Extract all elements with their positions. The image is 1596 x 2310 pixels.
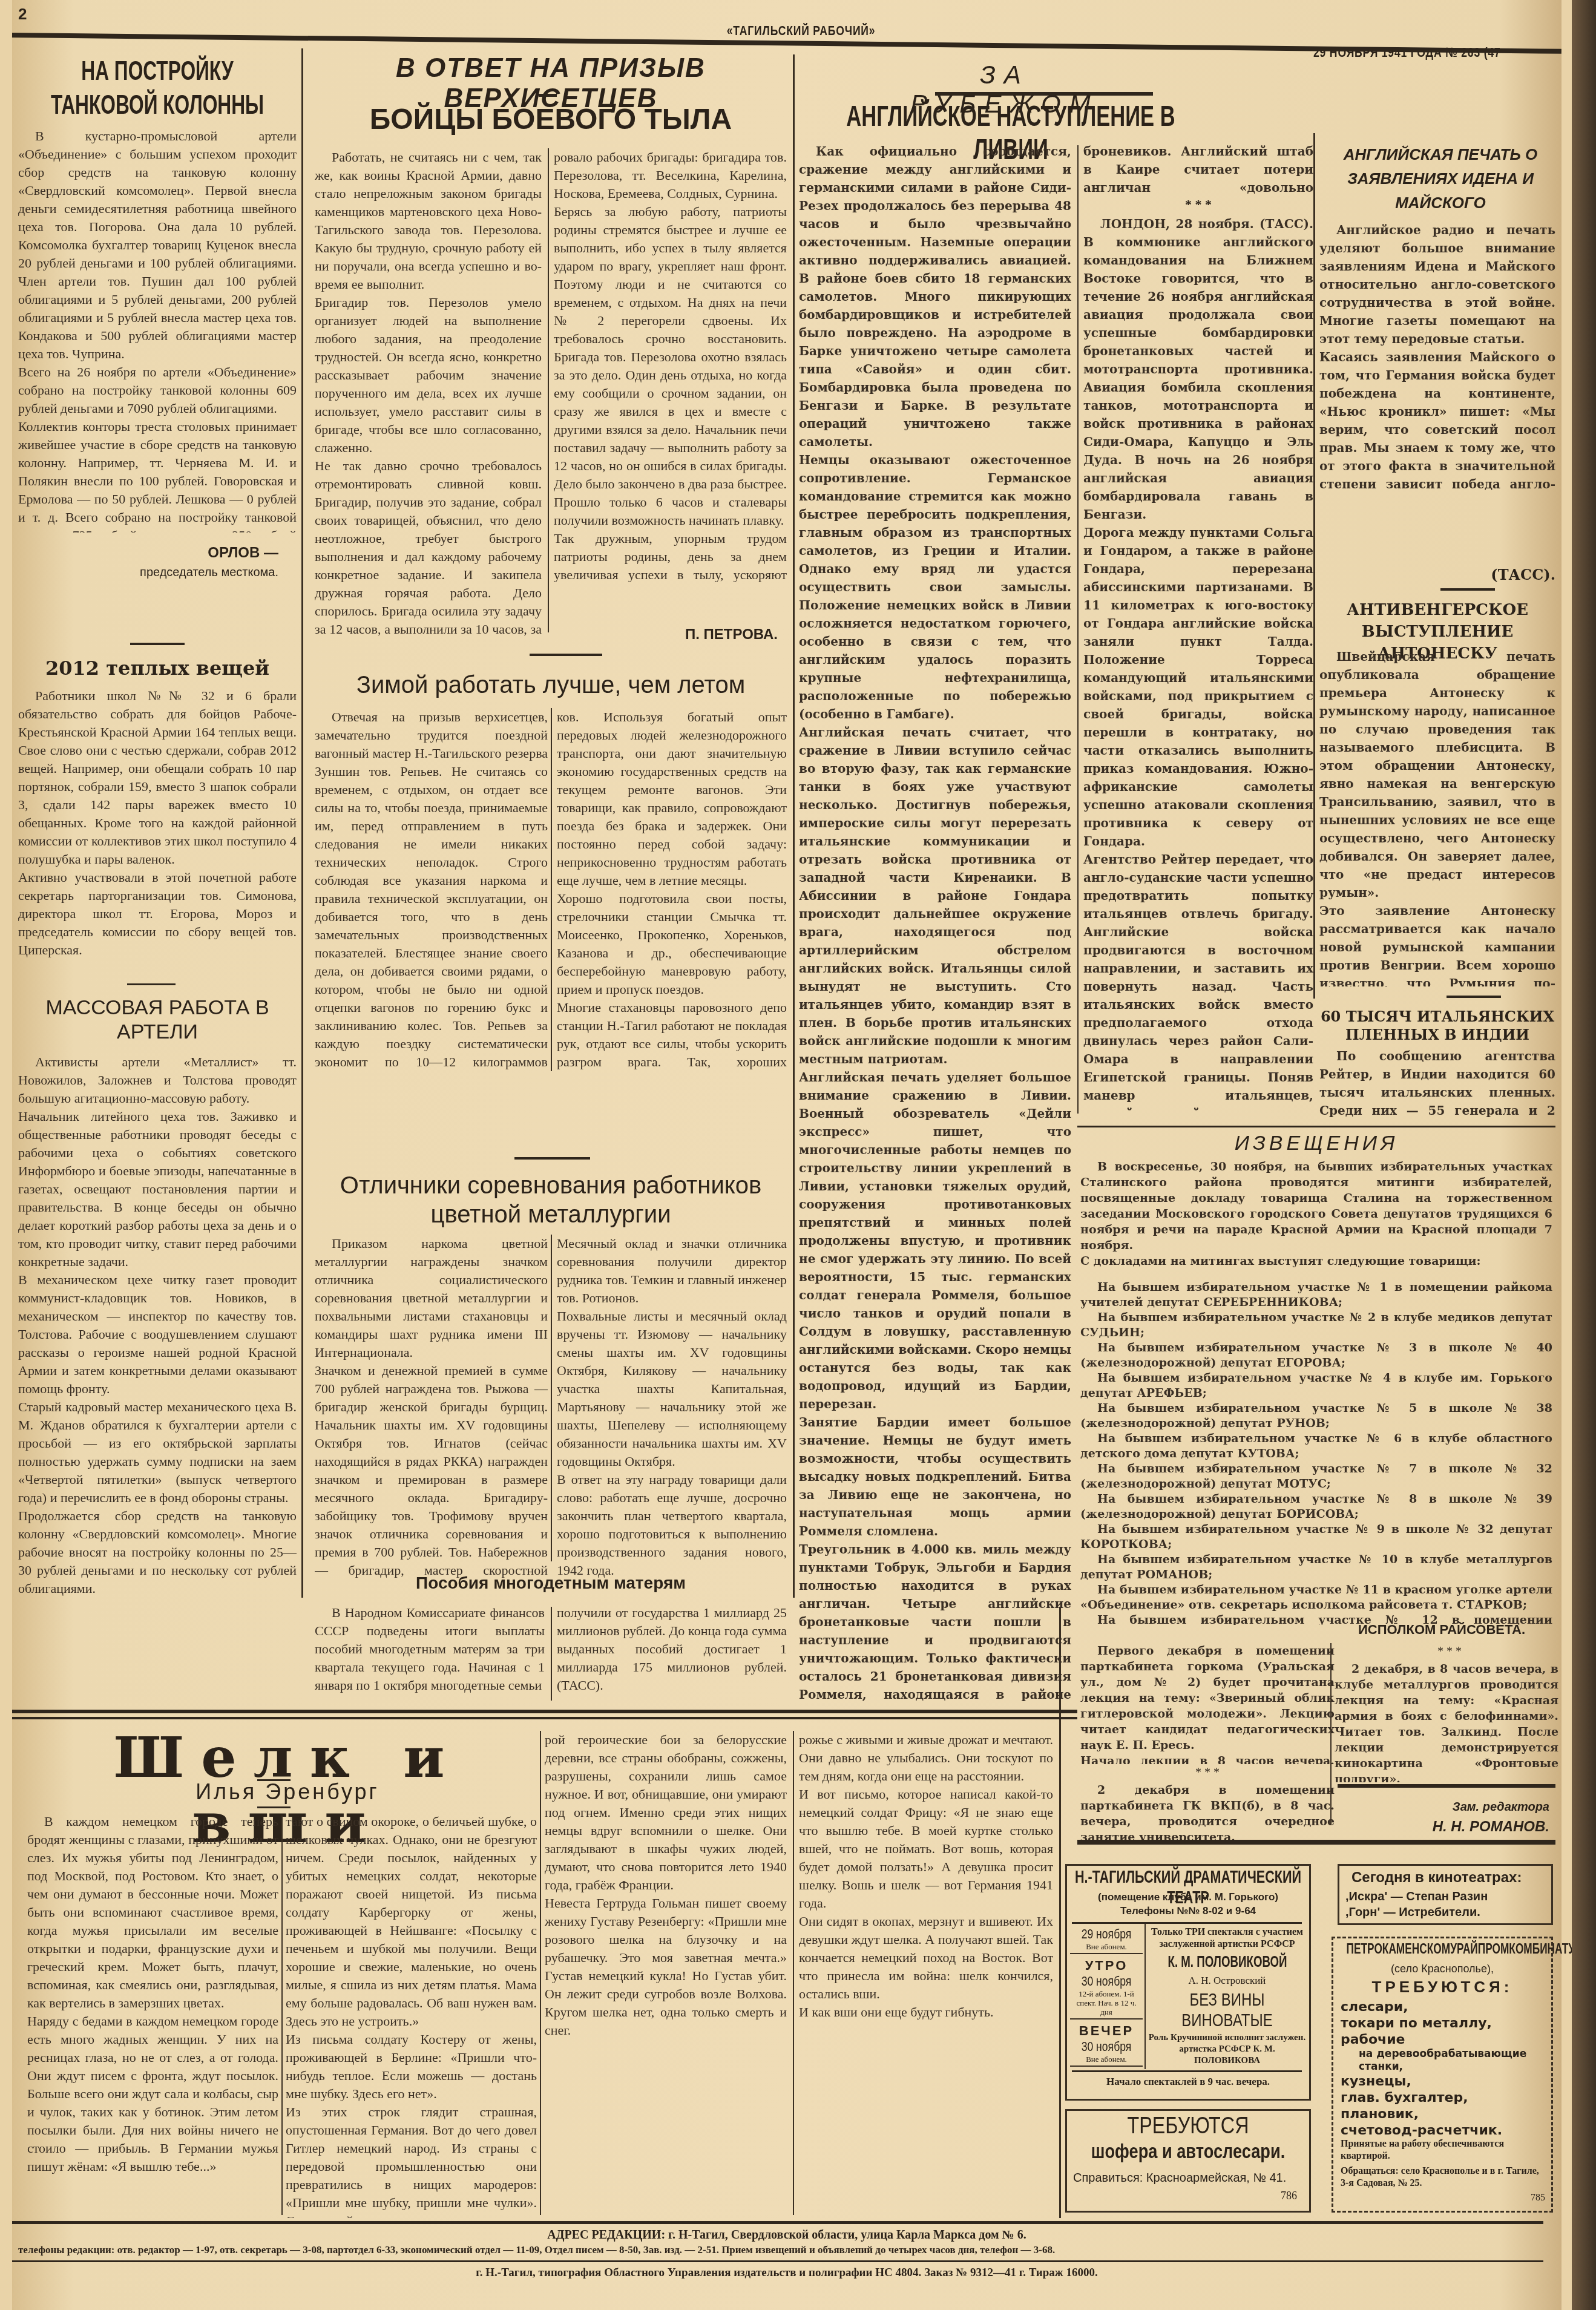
article-winter-work-body-b: ков. Используя богатый опыт передовых лю… [557, 708, 787, 1071]
drivers-ad: ТРЕБУЮТСЯ шофера и автослесари. Справить… [1065, 2109, 1311, 2213]
notice-item: На бывшем избирательном участке № 9 в шк… [1080, 1522, 1552, 1552]
theatre-show-dates: 29 ноябряВне абонем.УТРО30 ноября12-й аб… [1070, 1926, 1143, 2070]
kombinat-place: (село Краснополье), [1333, 1963, 1551, 1975]
theatre-start-time: Начало спектаклей в 9 час. вечера. [1067, 2076, 1309, 2088]
notice-item: На бывшем избирательном участке № 6 в кл… [1080, 1431, 1552, 1462]
newspaper-page: 2 «ТАГИЛЬСКИЙ РАБОЧИЙ» 29 НОЯБРЯ 1941 ГО… [12, 0, 1562, 2310]
signature-petrova: П. ПЕТРОВА. [554, 626, 778, 643]
article-libya-body-a: Как официально сообщается, сражение межд… [799, 142, 1071, 1704]
headline-tank-column: НА ПОСТРОЙКУ ТАНКОВОЙ КОЛОННЫ [27, 54, 288, 122]
cinema-listing: ,Горн' — Истребители. [1345, 1905, 1545, 1920]
column-divider [793, 1731, 794, 2215]
job-item: рабочие [1341, 2032, 1546, 2048]
notices-title: ИЗВЕЩЕНИЯ [1077, 1132, 1555, 1155]
separator [257, 1806, 291, 1808]
headline-warm-things: 2012 теплых вещей [18, 657, 297, 680]
headline-italian-prisoners: 60 ТЫСЯЧ ИТАЛЬЯНСКИХ ПЛЕННЫХ В ИНДИИ [1319, 1008, 1555, 1044]
separator [130, 643, 185, 645]
ad-number: 785 [1509, 2193, 1545, 2203]
drivers-title: ТРЕБУЮТСЯ [1085, 2113, 1291, 2139]
column-divider [1077, 145, 1079, 1114]
show-date: 30 ноября [1077, 2039, 1135, 2055]
rule [1338, 1784, 1555, 1788]
notice-item: На бывшем избирательном участке № 7 в шк… [1080, 1462, 1552, 1492]
headline-metallurgy: Отличники соревнования работников цветно… [309, 1171, 793, 1229]
rule [1072, 2070, 1302, 2072]
show-note: Вне абонем. [1070, 2055, 1143, 2064]
feature-body-col-c: рой героические бои за белорусские дерев… [545, 1731, 787, 2218]
job-item: кузнецы, [1341, 2073, 1546, 2090]
cinema-title: Сегодня в кинотеатрах: [1351, 1869, 1545, 1886]
notice-item: На бывшем избирательном участке № 8 в шк… [1080, 1492, 1552, 1522]
column-divider [281, 1816, 283, 2215]
kombinat-title: ТРЕБУЮТСЯ: [1333, 1978, 1551, 1997]
column-divider [1330, 1643, 1332, 1825]
notice-item: На бывшем избирательном участке № 2 в кл… [1080, 1310, 1552, 1340]
cinema-ad: Сегодня в кинотеатрах: ,Искра' — Степан … [1338, 1864, 1553, 1925]
article-antonescu-body: Швейцарская печать опубликовала обращени… [1319, 648, 1555, 986]
page-number: 2 [18, 5, 27, 24]
article-winter-work-body-a: Отвечая на призыв верхисетцев, замечател… [315, 708, 548, 1071]
kombinat-ad: Петрокаменскомурайпромкомбинату (село Кр… [1332, 1937, 1553, 2213]
notices-signature: ИСПОЛКОМ РАЙСОВЕТА. [1223, 1622, 1525, 1638]
theatre-lead: Только ТРИ спектакля с участием заслужен… [1147, 1926, 1307, 1951]
job-item: на деревообрабатывающие станки, [1341, 2048, 1546, 2073]
signature-title: председатель месткома. [24, 566, 278, 580]
page-edge [1572, 0, 1596, 2310]
section-rule [1077, 1840, 1555, 1845]
show-note: Вне абонем. [1070, 1942, 1143, 1951]
notice-item: На бывшем избирательном участке № 1 в по… [1080, 1280, 1552, 1310]
article-rear-fighters-body-b: ровало рабочих бригады: бригадира тов. П… [554, 148, 787, 584]
column-divider [1313, 133, 1315, 999]
theatre-play: БЕЗ ВИНЫ ВИНОВАТЫЕ [1163, 1990, 1292, 2031]
headline-eden-maisky: АНГЛИЙСКАЯ ПЕЧАТЬ О ЗАЯВЛЕНИЯХ ИДЕНА И М… [1319, 142, 1562, 215]
show-label: УТРО [1070, 1958, 1143, 1974]
job-item: плановик, [1341, 2106, 1546, 2122]
kombinat-org: Петрокаменскомурайпромкомбинату [1347, 1941, 1539, 1958]
article-london-dispatch: ЛОНДОН, 28 ноября. (ТАСС). В коммюнике а… [1083, 215, 1313, 1111]
notice-item: На бывшем избирательном участке № 3 в шк… [1080, 1340, 1552, 1371]
notices-rule [1077, 1126, 1555, 1127]
job-item: счетовод-расчетчик. [1341, 2122, 1546, 2139]
article-metallurgy-body-b: Месячный оклад и значки отличника соревн… [557, 1235, 787, 1580]
stars-separator: * * * [1080, 1766, 1335, 1780]
drivers-body: шофера и автослесари. [1082, 2140, 1295, 2164]
headline-rear-fighters: БОЙЦЫ БОЕВОГО ТЫЛА [309, 103, 793, 136]
editor-label: Зам. редактора [1398, 1800, 1549, 1814]
feature-body-col-b: тают о свином окороке, о беличьей шубке,… [286, 1813, 537, 2218]
notice-item: На бывшем избирательном участке № 5 в шк… [1080, 1401, 1552, 1431]
separator [127, 983, 176, 985]
column-divider [540, 1731, 541, 2215]
drivers-contact: Справиться: Красноармейская, № 41. [1073, 2170, 1303, 2186]
job-item: слесари, [1341, 1999, 1546, 2015]
lecture-university: 2 декабря в помещении парткабинета ГК ВК… [1080, 1782, 1335, 1849]
theatre-actress: К. М. ПОЛОВИКОВОЙ [1151, 1952, 1304, 1971]
show-date: 30 ноября [1077, 1974, 1135, 1989]
column-divider [551, 1607, 552, 1701]
stars-separator: * * * [1083, 197, 1313, 212]
rubric-underline [935, 92, 1153, 96]
job-item: токари по металлу, [1341, 2015, 1546, 2032]
article-tank-column-body: В кустарно-промысловой артели «Объединен… [18, 127, 297, 533]
theatre-role: Роль Кручининой исполнит заслужен. артис… [1147, 2032, 1307, 2067]
show-date: 29 ноября [1077, 1926, 1135, 1942]
column-divider [551, 708, 552, 1071]
theatre-show: УТРО30 ноября12-й абонем. 1-й спект. Нач… [1070, 1958, 1143, 2020]
cinema-listing: ,Искра' — Степан Разин [1345, 1889, 1545, 1905]
lecture-hitler-youth: Первого декабря в помещении парткабинета… [1080, 1643, 1335, 1764]
stars-separator: * * * [1335, 1645, 1565, 1659]
article-eden-maisky-body: Английское радио и печать уделяют большо… [1319, 221, 1555, 493]
signature-orlov: ОРЛОВ — [24, 545, 278, 562]
paper-title: «ТАГИЛЬСКИЙ РАБОЧИЙ» [727, 23, 876, 39]
separator [530, 654, 602, 656]
notice-item: На бывшем избирательном участке № 4 в кл… [1080, 1371, 1552, 1401]
section-rule [12, 1710, 1077, 1713]
theatre-phones: Телефоны №№ 8-02 и 9-64 [1067, 1905, 1309, 1917]
column-divider [551, 1235, 552, 1561]
column-divider [793, 54, 795, 1598]
job-item: глав. бухгалтер, [1341, 2090, 1546, 2106]
kombinat-contact: Обращаться: село Краснополье и в г. Таги… [1341, 2165, 1546, 2190]
footer-rule [12, 2221, 1543, 2224]
feature-author: Илья Эренбург [30, 1779, 545, 1805]
separator [514, 1157, 590, 1160]
footer-rule [12, 2260, 1543, 2262]
kombinat-note: Принятые на работу обеспечиваются кварти… [1341, 2138, 1546, 2162]
kombinat-jobs: слесари,токари по металлу,рабочиена дере… [1341, 1999, 1546, 2139]
ad-number: 786 [1249, 2190, 1297, 2202]
theatre-venue: (помещение клуба им. М. Горького) [1067, 1891, 1309, 1903]
headline-mothers-benefits: Пособия многодетным матерям [309, 1573, 793, 1593]
section-rule [12, 1717, 1077, 1719]
rule [1072, 1922, 1302, 1924]
separator [1447, 996, 1501, 998]
column-divider [301, 48, 303, 1598]
cinema-listings: ,Искра' — Степан Разин,Горн' — Истребите… [1345, 1889, 1545, 1920]
feature-body-col-a: В каждом немецком городе теперь бродят ж… [27, 1813, 278, 2218]
footer-address: АДРЕС РЕДАКЦИИ: г. Н-Тагил, Свердловской… [12, 2228, 1562, 2242]
article-libya-body-b: броневиков. Английский штаб в Каире счит… [1083, 142, 1313, 197]
article-mothers-body-a: В Народном Комиссариате финансов СССР по… [315, 1604, 545, 1704]
theatre-author: А. Н. Островский [1147, 1975, 1307, 1987]
feature-body-col-d: рожье с живыми и живые дрожат и мечтают.… [799, 1731, 1053, 2218]
article-mass-work-body: Активисты артели «Металлист» тт. Новожил… [18, 1053, 297, 1658]
separator [539, 94, 557, 97]
notice-item: На бывшем избирательном участке № 10 в к… [1080, 1552, 1552, 1583]
editor-name: Н. Н. РОМАНОВ. [1374, 1819, 1549, 1836]
article-mothers-body-b: получили от государства 1 миллиард 25 ми… [557, 1604, 787, 1704]
footer-printer: г. Н.-Тагил, типография Областного Управ… [12, 2266, 1562, 2280]
article-warm-things-body: Работники школ №№ 32 и 6 брали обязатель… [18, 687, 297, 971]
lecture-red-army: 2 декабря, в 8 часов вечера, в клубе мет… [1335, 1661, 1558, 1782]
footer-phones: телефоны редакции: отв. редактор — 1-97,… [18, 2244, 1555, 2256]
article-italian-prisoners-body: По сообщению агентства Рейтер, в Индии н… [1319, 1047, 1555, 1120]
tass-credit: (ТАСС). [1319, 566, 1555, 583]
notice-item: На бывшем избирательном участке № 11 в к… [1080, 1583, 1552, 1613]
article-rear-fighters-body-a: Работать, не считаясь ни с чем, так же, … [315, 148, 542, 638]
theatre-show: 29 ноябряВне абонем. [1070, 1926, 1143, 1954]
notices-list: На бывшем избирательном участке № 1 в по… [1080, 1280, 1552, 1625]
headline-mass-work: МАССОВАЯ РАБОТА В АРТЕЛИ [18, 996, 297, 1044]
show-note: 12-й абонем. 1-й спект. Нач. в 12 ч. дня [1070, 1989, 1143, 2016]
show-label: ВЕЧЕР [1070, 2023, 1143, 2039]
column-divider [1144, 1924, 1146, 2069]
column-divider [548, 148, 549, 632]
headline-winter-work: Зимой работать лучше, чем летом [309, 672, 793, 699]
article-metallurgy-body-a: Приказом наркома цветной металлургии наг… [315, 1235, 548, 1580]
theatre-show: ВЕЧЕР30 ноябряВне абонем. [1070, 2023, 1143, 2067]
separator [1440, 588, 1495, 591]
theatre-ad: Н.-Тагильский драматический театр (помещ… [1065, 1864, 1311, 2101]
notices-intro: В воскресенье, 30 ноября, на бывших изби… [1080, 1159, 1552, 1280]
